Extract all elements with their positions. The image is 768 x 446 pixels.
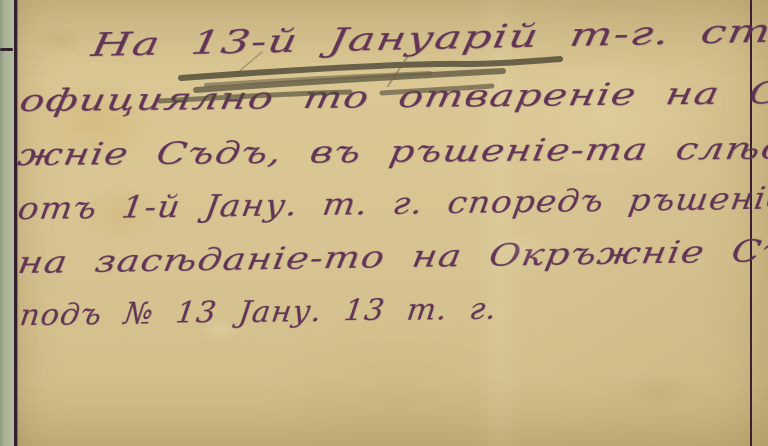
handwritten-line-1: На 13-й Јануарій т-г. стана (89, 10, 768, 64)
handwritten-line-3: жніе Съдъ, въ ръшеніе-та слѣдватъ (15, 130, 768, 173)
handwritten-line-5: на засѣданіе-то на Окръжніе Съдъ (15, 233, 768, 281)
handwritten-line-2: официялно то отвареніе на Окръ- (17, 75, 768, 119)
handwritten-line-4: отъ 1-й Јану. т. г. споредъ ръшеніе-то (15, 180, 768, 227)
manuscript-page: На 13-й Јануарій т-г. стана официялно то… (0, 0, 768, 446)
binding-strip (0, 0, 14, 446)
right-margin-rule (750, 0, 752, 446)
pencil-strikethrough-icon (0, 0, 768, 446)
margin-dash-mark (0, 48, 13, 51)
handwritten-line-6: подъ № 13 Јану. 13 т. г. (18, 291, 499, 333)
left-margin-rule (14, 0, 17, 446)
